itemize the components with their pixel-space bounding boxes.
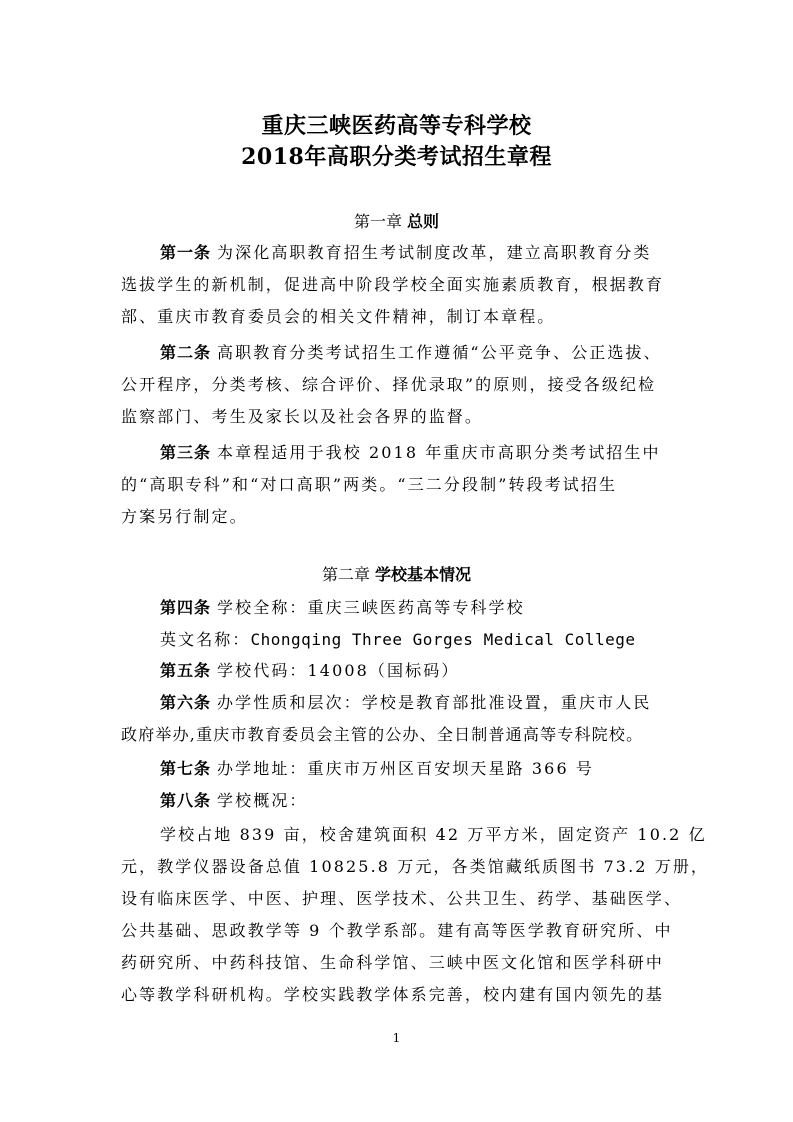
article-6-line-1: 第六条办学性质和层次：学校是教育部批准设置，重庆市人民: [160, 692, 676, 714]
article-3-line-3: 方案另行制定。: [121, 506, 676, 528]
article-label: 第四条: [160, 598, 211, 617]
english-name-label: 英文名称：: [160, 630, 251, 649]
article-1-line-3: 部、重庆市教育委员会的相关文件精神，制订本章程。: [121, 306, 676, 328]
chapter-number: 第一章: [354, 212, 402, 231]
english-name-value: Chongqing Three Gorges Medical College: [251, 630, 636, 649]
chapter-heading-2: 第二章 学校基本情况: [0, 564, 793, 586]
article-6-line-2: 政府举办,重庆市教育委员会主管的公办、全日制普通高等专科院校。: [121, 724, 676, 746]
article-label: 第三条: [160, 443, 211, 462]
article-text: 学校概况：: [217, 791, 308, 810]
article-1-line-1: 第一条为深化高职教育招生考试制度改革，建立高职教育分类: [160, 242, 676, 264]
article-text: 学校全称：重庆三峡医药高等专科学校: [217, 598, 525, 617]
article-label: 第七条: [160, 759, 211, 778]
chapter-heading-1: 第一章 总则: [0, 211, 793, 233]
article-label: 第五条: [160, 661, 211, 680]
article-label: 第六条: [160, 693, 211, 712]
article-8: 第八条学校概况：: [160, 790, 676, 812]
article-5: 第五条学校代码：14008（国标码）: [160, 660, 676, 682]
article-text: 本章程适用于我校 2018 年重庆市高职分类考试招生中: [217, 443, 661, 462]
article-text: 高职教育分类考试招生工作遵循“公平竞争、公正选拔、: [217, 343, 662, 362]
article-4: 第四条学校全称：重庆三峡医药高等专科学校: [160, 597, 676, 619]
article-text: 办学地址：重庆市万州区百安坝天星路 366 号: [217, 759, 594, 778]
document-title-line2: 2018年高职分类考试招生章程: [0, 143, 793, 171]
overview-line-4: 公共基础、思政教学等 9 个教学系部。建有高等医学教育研究所、中: [121, 920, 676, 942]
article-1-line-2: 选拔学生的新机制，促进高中阶段学校全面实施素质教育，根据教育: [121, 274, 676, 296]
document-title-line1: 重庆三峡医药高等专科学校: [0, 112, 793, 140]
overview-line-1: 学校占地 839 亩，校舍建筑面积 42 万平方米，固定资产 10.2 亿: [160, 824, 676, 846]
article-7: 第七条办学地址：重庆市万州区百安坝天星路 366 号: [160, 758, 676, 780]
article-2-line-3: 监察部门、考生及家长以及社会各界的监督。: [121, 406, 676, 428]
document-page: 重庆三峡医药高等专科学校 2018年高职分类考试招生章程 第一章 总则 第一条为…: [0, 0, 793, 1122]
article-text: 办学性质和层次：学校是教育部批准设置，重庆市人民: [217, 693, 651, 712]
chapter-number: 第二章: [322, 565, 370, 584]
article-2-line-1: 第二条高职教育分类考试招生工作遵循“公平竞争、公正选拔、: [160, 342, 676, 364]
article-label: 第二条: [160, 343, 211, 362]
article-3-line-2: 的“高职专科”和“对口高职”两类。“三二分段制”转段考试招生: [121, 474, 676, 496]
article-label: 第一条: [160, 243, 211, 262]
article-3-line-1: 第三条本章程适用于我校 2018 年重庆市高职分类考试招生中: [160, 442, 676, 464]
chapter-name: 学校基本情况: [375, 565, 471, 584]
overview-line-5: 药研究所、中药科技馆、生命科学馆、三峡中医文化馆和医学科研中: [121, 952, 676, 974]
overview-line-2: 元，教学仪器设备总值 10825.8 万元，各类馆藏纸质图书 73.2 万册，: [121, 856, 676, 878]
english-name-line: 英文名称：Chongqing Three Gorges Medical Coll…: [160, 629, 676, 651]
overview-line-6: 心等教学科研机构。学校实践教学体系完善，校内建有国内领先的基: [121, 984, 676, 1006]
page-number: 1: [0, 1030, 793, 1046]
article-text: 为深化高职教育招生考试制度改革，建立高职教育分类: [217, 243, 651, 262]
article-label: 第八条: [160, 791, 211, 810]
overview-line-3: 设有临床医学、中医、护理、医学技术、公共卫生、药学、基础医学、: [121, 888, 676, 910]
chapter-name: 总则: [407, 212, 439, 231]
article-2-line-2: 公开程序，分类考核、综合评价、择优录取”的原则，接受各级纪检: [121, 374, 676, 396]
article-text: 学校代码：14008（国标码）: [217, 661, 459, 680]
